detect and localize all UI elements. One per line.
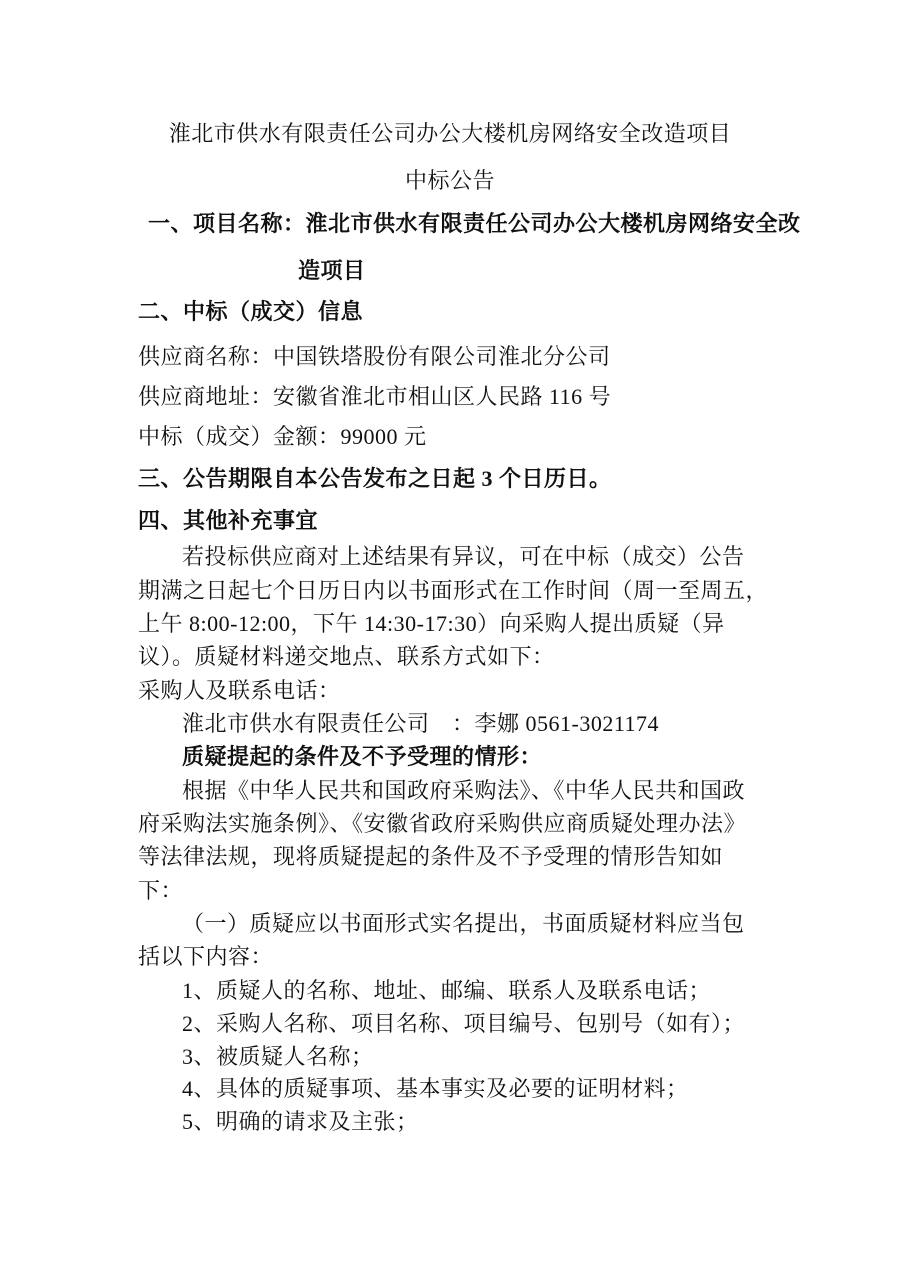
- written-form-para-line: 括以下内容：: [138, 944, 762, 978]
- required-item-line: 3、被质疑人名称；: [138, 1044, 762, 1076]
- required-item-line: 2、采购人名称、项目名称、项目编号、包别号（如有）；: [138, 1011, 762, 1044]
- supplier-address-line: 供应商地址：安徽省淮北市相山区人民路 116 号: [138, 384, 762, 424]
- required-item-line: 4、具体的质疑事项、基本事实及必要的证明材料；: [138, 1076, 762, 1109]
- objection-para-line: 上午 8:00-12:00，下午 14:30-17:30）向采购人提出质疑（异: [138, 611, 762, 644]
- legal-para-line: 府采购法实施条例》、《安徽省政府采购供应商质疑处理办法》: [138, 811, 762, 844]
- objection-para-line: 议）。质疑材料递交地点、联系方式如下：: [138, 644, 762, 678]
- announcement-subtitle: 中标公告: [138, 168, 762, 211]
- document-content: 淮北市供水有限责任公司办公大楼机房网络安全改造项目 中标公告 一、项目名称：淮北…: [0, 0, 900, 1142]
- legal-para-line: 等法律法规，现将质疑提起的条件及不予受理的情形告知如: [138, 844, 762, 878]
- section1-heading-line2: 造项目: [138, 258, 762, 299]
- section4-heading: 四、其他补充事宜: [138, 508, 762, 544]
- purchaser-contact-line: 淮北市供水有限责任公司 ：李娜 0561-3021174: [138, 711, 762, 744]
- required-item-line: 1、质疑人的名称、地址、邮编、联系人及联系电话；: [138, 978, 762, 1011]
- section3-heading: 三、公告期限自本公告发布之日起 3 个日历日。: [138, 466, 762, 508]
- conditions-heading-line: 质疑提起的条件及不予受理的情形：: [138, 744, 762, 778]
- legal-para-line: 根据《中华人民共和国政府采购法》、《中华人民共和国政: [138, 778, 762, 811]
- objection-para-line: 期满之日起七个日历日内以书面形式在工作时间（周一至周五，: [138, 578, 762, 611]
- section2-heading: 二、中标（成交）信息: [138, 299, 762, 344]
- document-page: 淮北市供水有限责任公司办公大楼机房网络安全改造项目 中标公告 一、项目名称：淮北…: [0, 0, 900, 1272]
- purchaser-label-line: 采购人及联系电话：: [138, 678, 762, 711]
- document-title: 淮北市供水有限责任公司办公大楼机房网络安全改造项目: [138, 121, 762, 168]
- written-form-para-line: （一）质疑应以书面形式实名提出，书面质疑材料应当包: [138, 911, 762, 944]
- required-item-line: 5、明确的请求及主张；: [138, 1109, 762, 1142]
- objection-para-line: 若投标供应商对上述结果有异议，可在中标（成交）公告: [138, 544, 762, 578]
- legal-para-line: 下：: [138, 878, 762, 911]
- award-amount-line: 中标（成交）金额：99000 元: [138, 424, 762, 466]
- supplier-name-line: 供应商名称：中国铁塔股份有限公司淮北分公司: [138, 344, 762, 384]
- section1-heading-line1: 一、项目名称：淮北市供水有限责任公司办公大楼机房网络安全改: [138, 211, 762, 258]
